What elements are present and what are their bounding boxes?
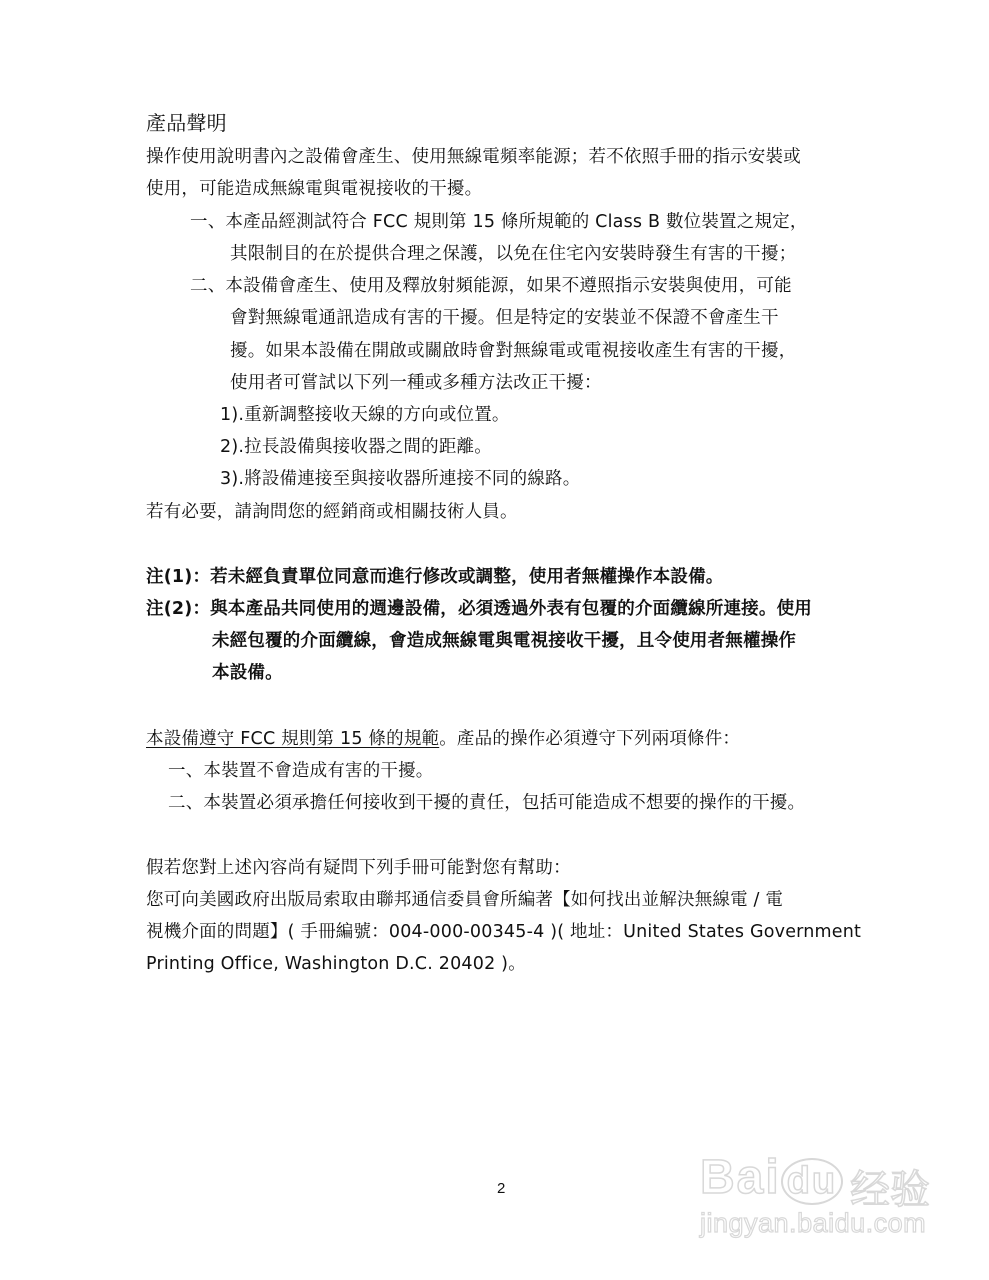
note-2-line-3: 本設備。 <box>212 661 283 685</box>
note-2-line-1: 注(2)：與本產品共同使用的週邊設備，必須透過外表有包覆的介面纜線所連接。使用 <box>146 597 812 621</box>
item-two-line-1: 二、本設備會產生、使用及釋放射頻能源，如果不遵照指示安裝與使用，可能 <box>190 274 792 298</box>
note-1: 注(1)：若未經負責單位同意而進行修改或調整，使用者無權操作本設備。 <box>146 565 723 589</box>
paw-icon: du <box>781 1158 843 1205</box>
item-two-line-4: 使用者可嘗試以下列一種或多種方法改正干擾： <box>230 371 602 395</box>
compliance-statement: 本設備遵守 FCC 規則第 15 條的規範。產品的操作必須遵守下列兩項條件： <box>146 727 740 751</box>
item-one-line-1: 一、本產品經測試符合 FCC 規則第 15 條所規範的 Class B 數位裝置… <box>190 210 808 234</box>
help-line-4: Printing Office, Washington D.C. 20402 )… <box>146 952 526 976</box>
page-number: 2 <box>497 1180 505 1197</box>
method-3: 3).將設備連接至與接收器所連接不同的線路。 <box>220 467 580 491</box>
consult-text: 若有必要，請詢問您的經銷商或相關技術人員。 <box>146 500 518 524</box>
method-1: 1).重新調整接收天線的方向或位置。 <box>220 403 510 427</box>
condition-1: 一、本裝置不會造成有害的干擾。 <box>168 759 434 783</box>
compliance-underlined: 本設備遵守 FCC 規則第 15 條的規範 <box>146 729 439 749</box>
intro-line-1: 操作使用說明書內之設備會產生、使用無線電頻率能源；若不依照手冊的指示安裝或 <box>146 145 801 169</box>
item-two-line-3: 擾。如果本設備在開啟或關啟時會對無線電或電視接收產生有害的干擾， <box>230 339 796 363</box>
baidu-watermark: Baidu 经验 jingyan.baidu.com <box>700 1150 930 1250</box>
note-2-line-2: 未經包覆的介面纜線，會造成無線電與電視接收干擾，且令使用者無權操作 <box>212 629 796 653</box>
document-title: 產品聲明 <box>146 110 227 136</box>
help-line-3: 視機介面的問題】( 手冊編號：004-000-00345-4 )( 地址：Uni… <box>146 920 861 944</box>
method-2: 2).拉長設備與接收器之間的距離。 <box>220 435 492 459</box>
help-line-1: 假若您對上述內容尚有疑問下列手冊可能對您有幫助： <box>146 856 571 880</box>
item-one-line-2: 其限制目的在於提供合理之保護，以免在住宅內安裝時發生有害的干擾； <box>230 242 796 266</box>
intro-line-2: 使用，可能造成無線電與電視接收的干擾。 <box>146 177 482 201</box>
watermark-url: jingyan.baidu.com <box>700 1208 926 1239</box>
document-page: 產品聲明 操作使用說明書內之設備會產生、使用無線電頻率能源；若不依照手冊的指示安… <box>0 0 989 1280</box>
compliance-rest: 。產品的操作必須遵守下列兩項條件： <box>439 729 740 749</box>
condition-2: 二、本裝置必須承擔任何接收到干擾的責任，包括可能造成不想要的操作的干擾。 <box>168 791 805 815</box>
watermark-logo: Baidu <box>700 1150 843 1205</box>
item-two-line-2: 會對無線電通訊造成有害的干擾。但是特定的安裝並不保證不會產生干 <box>230 306 779 330</box>
watermark-logo-cn: 经验 <box>850 1158 930 1215</box>
help-line-2: 您可向美國政府出版局索取由聯邦通信委員會所編著【如何找出並解決無線電 / 電 <box>146 888 783 912</box>
